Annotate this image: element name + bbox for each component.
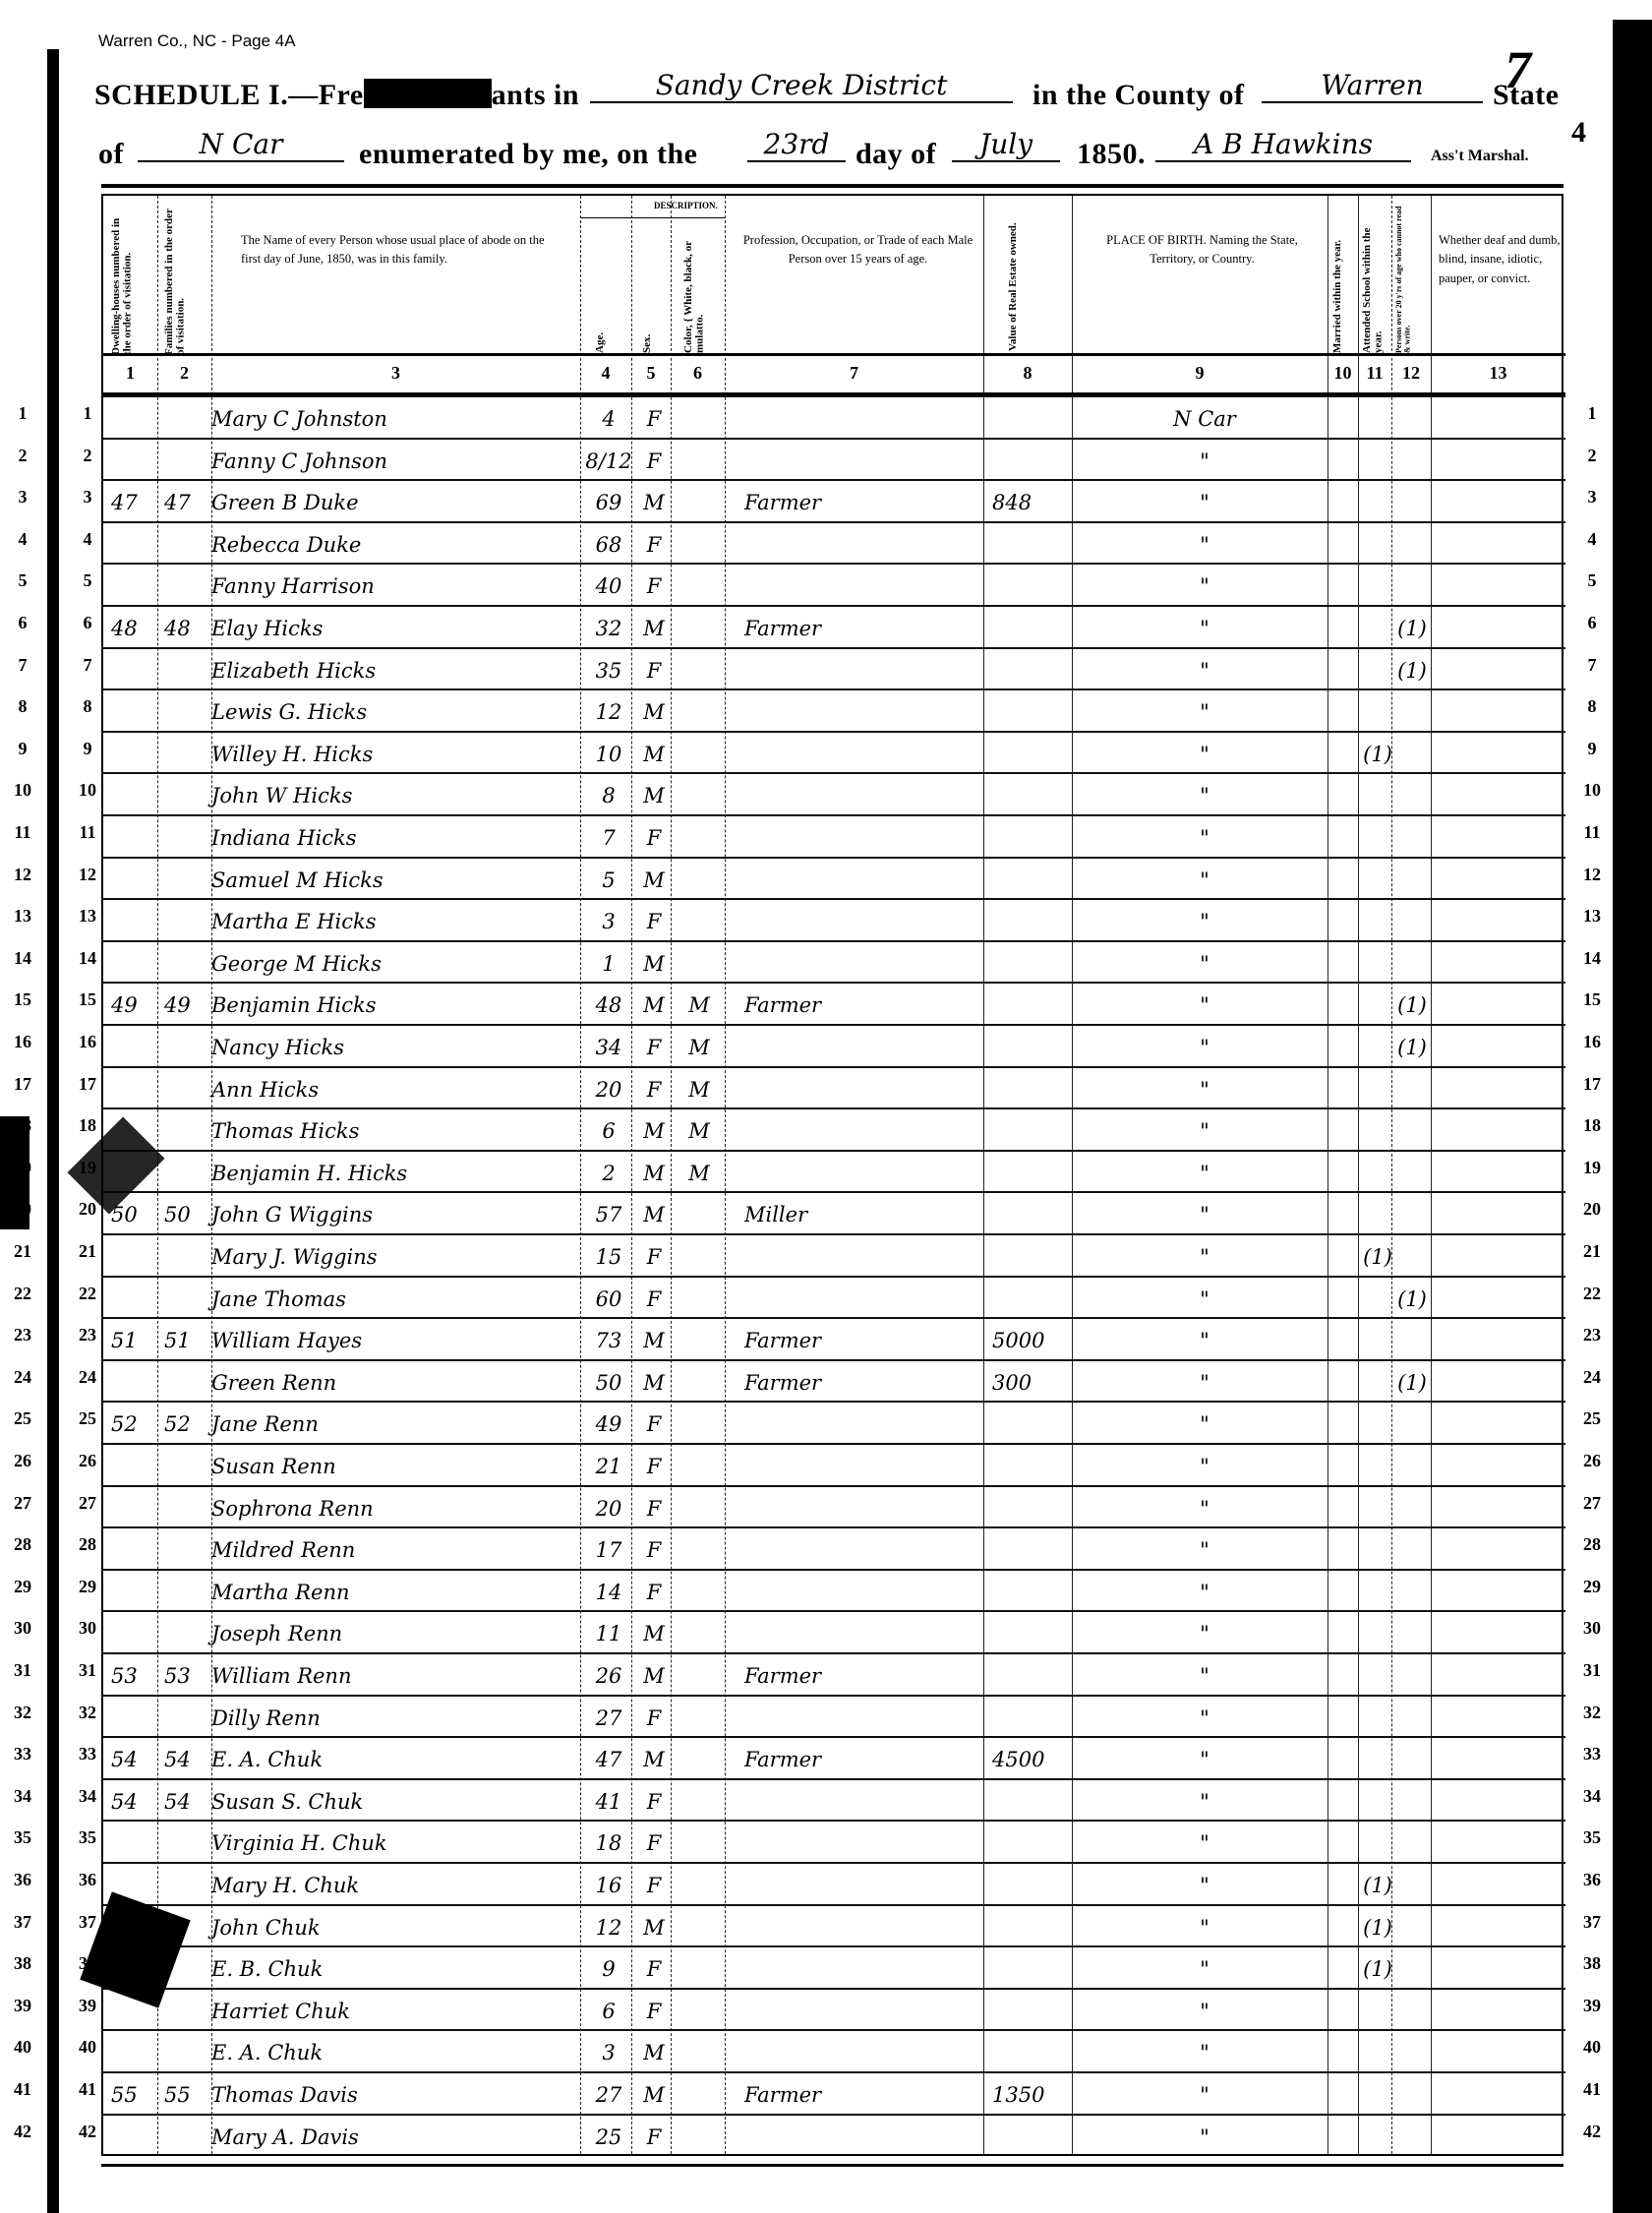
occupation-cell: Farmer <box>733 607 1000 646</box>
line-number-left-outer: 36 <box>8 1870 37 1890</box>
line-number-left-outer: 21 <box>8 1241 37 1262</box>
person-name-cell: Rebecca Duke <box>202 523 575 563</box>
birthplace-cell: " <box>1077 1738 1332 1777</box>
line-number-right: 37 <box>1577 1912 1607 1933</box>
birthplace-cell: N Car <box>1077 397 1332 437</box>
color-cell <box>674 942 725 982</box>
age-cell: 3 <box>585 900 632 939</box>
col-num-9: 9 <box>1072 363 1327 384</box>
col-num-10: 10 <box>1327 363 1358 384</box>
sex-cell: M <box>634 859 674 898</box>
person-name-cell: Mary A. Davis <box>202 2116 575 2155</box>
table-row: Dilly Renn27F" <box>103 1695 1565 1737</box>
occupation-cell <box>733 440 1000 479</box>
dwelling-number-cell <box>111 1571 160 1610</box>
attended-school-mark-cell <box>1362 1193 1393 1232</box>
age-cell: 49 <box>585 1403 632 1442</box>
table-row: Mildred Renn17F" <box>103 1526 1565 1569</box>
illiterate-mark-cell <box>1393 397 1431 437</box>
occupation-cell <box>733 1947 1000 1987</box>
illiterate-mark-cell: (1) <box>1393 1026 1431 1065</box>
color-cell <box>674 1445 725 1484</box>
person-name-cell: E. A. Chuk <box>202 2031 575 2070</box>
line-number-right: 21 <box>1577 1241 1607 1262</box>
occupation-cell <box>733 900 1000 939</box>
sex-cell: F <box>634 1235 674 1275</box>
color-cell <box>674 649 725 688</box>
sex-cell: M <box>634 1654 674 1694</box>
table-row: Fanny Harrison40F" <box>103 563 1565 605</box>
attended-school-mark-cell <box>1362 649 1393 688</box>
heading-rule <box>101 184 1563 188</box>
dwelling-number-cell: 54 <box>111 1738 160 1777</box>
occupation-cell <box>733 733 1000 772</box>
line-number-right: 17 <box>1577 1074 1607 1095</box>
age-cell: 8/12 <box>585 440 632 479</box>
sex-cell: F <box>634 1528 674 1568</box>
attended-school-mark-cell <box>1362 1068 1393 1107</box>
real-estate-value-cell <box>988 1654 1081 1694</box>
sex-cell: M <box>634 1152 674 1191</box>
person-name-cell: Fanny C Johnson <box>202 440 575 479</box>
sex-cell: M <box>634 607 674 646</box>
line-number-left-outer: 41 <box>8 2079 37 2100</box>
age-cell: 2 <box>585 1152 632 1191</box>
birthplace-cell: " <box>1077 1235 1332 1275</box>
table-row: 5454E. A. Chuk47MFarmer4500" <box>103 1736 1565 1778</box>
occupation-cell <box>733 649 1000 688</box>
line-number-left-inner: 41 <box>73 2079 102 2100</box>
line-number-left-outer: 29 <box>8 1577 37 1597</box>
birthplace-cell: " <box>1077 1278 1332 1317</box>
color-cell <box>674 733 725 772</box>
month-field: July <box>952 128 1060 162</box>
line-number-left-outer: 28 <box>8 1534 37 1555</box>
occupation-cell <box>733 1278 1000 1317</box>
line-number-right: 13 <box>1577 906 1607 927</box>
attended-school-mark-cell <box>1362 1026 1393 1065</box>
dwelling-number-cell <box>111 816 160 856</box>
color-cell <box>674 440 725 479</box>
real-estate-value-cell <box>988 1068 1081 1107</box>
sex-cell: M <box>634 1612 674 1651</box>
real-estate-value-cell <box>988 816 1081 856</box>
line-number-left-outer: 26 <box>8 1451 37 1471</box>
col-num-13: 13 <box>1431 363 1565 384</box>
line-number-left-inner: 9 <box>73 739 102 759</box>
occupation-cell: Farmer <box>733 2073 1000 2113</box>
line-number-right: 39 <box>1577 1996 1607 2016</box>
person-name-cell: George M Hicks <box>202 942 575 982</box>
age-cell: 3 <box>585 2031 632 2070</box>
person-name-cell: Elizabeth Hicks <box>202 649 575 688</box>
birthplace-cell: " <box>1077 1361 1332 1401</box>
color-cell <box>674 2116 725 2155</box>
color-cell <box>674 1738 725 1777</box>
occupation-cell <box>733 1445 1000 1484</box>
attended-school-mark-cell <box>1362 2116 1393 2155</box>
occupation-cell <box>733 565 1000 604</box>
line-number-right: 10 <box>1577 780 1607 801</box>
binding-edge <box>47 49 59 2213</box>
dwelling-number-cell <box>111 440 160 479</box>
person-name-cell: Joseph Renn <box>202 1612 575 1651</box>
sex-cell: M <box>634 774 674 813</box>
line-number-left-outer: 42 <box>8 2122 37 2142</box>
dwelling-number-cell <box>111 1026 160 1065</box>
col6-header: Color, { White, black, or mulatto. <box>683 225 723 353</box>
occupation-cell <box>733 942 1000 982</box>
real-estate-value-cell <box>988 1906 1081 1945</box>
county-field: Warren <box>1262 69 1483 103</box>
line-number-left-inner: 40 <box>73 2037 102 2058</box>
birthplace-cell: " <box>1077 1612 1332 1651</box>
table-row: 5454Susan S. Chuk41F" <box>103 1778 1565 1821</box>
line-number-left-inner: 33 <box>73 1744 102 1764</box>
table-row: Thomas Hicks6MM" <box>103 1107 1565 1150</box>
dwelling-number-cell: 55 <box>111 2073 160 2113</box>
person-name-cell: Ann Hicks <box>202 1068 575 1107</box>
table-row: 5555Thomas Davis27MFarmer1350" <box>103 2071 1565 2114</box>
line-number-left-outer: 5 <box>8 570 37 591</box>
table-row: Mary H. Chuk16F"(1) <box>103 1862 1565 1904</box>
person-name-cell: Harriet Chuk <box>202 1990 575 2029</box>
table-row: John Chuk12M"(1) <box>103 1904 1565 1946</box>
sex-cell: M <box>634 481 674 520</box>
birthplace-cell: " <box>1077 1697 1332 1736</box>
attended-school-mark-cell <box>1362 2073 1393 2113</box>
age-cell: 32 <box>585 607 632 646</box>
sex-cell: M <box>634 2031 674 2070</box>
illiterate-mark-cell <box>1393 1193 1431 1232</box>
page-caption: Warren Co., NC - Page 4A <box>98 31 296 51</box>
line-number-left-inner: 30 <box>73 1618 102 1639</box>
line-number-right: 14 <box>1577 948 1607 969</box>
age-cell: 41 <box>585 1780 632 1820</box>
occupation-cell <box>733 1822 1000 1861</box>
line-number-left-inner: 42 <box>73 2122 102 2142</box>
table-row: Elizabeth Hicks35F"(1) <box>103 647 1565 689</box>
birthplace-cell: " <box>1077 1109 1332 1149</box>
dwelling-number-cell: 48 <box>111 607 160 646</box>
occupation-cell: Farmer <box>733 984 1000 1023</box>
dwelling-number-cell: 52 <box>111 1403 160 1442</box>
ink-blot <box>1618 1279 1652 1377</box>
attended-school-mark-cell <box>1362 397 1393 437</box>
birthplace-cell: " <box>1077 1528 1332 1568</box>
line-number-left-outer: 6 <box>8 613 37 633</box>
line-number-left-outer: 16 <box>8 1032 37 1052</box>
birthplace-cell: " <box>1077 1654 1332 1694</box>
line-number-left-outer: 8 <box>8 696 37 717</box>
sex-cell: F <box>634 1571 674 1610</box>
attended-school-mark-cell: (1) <box>1362 1906 1393 1945</box>
attended-school-mark-cell <box>1362 1403 1393 1442</box>
table-row: Samuel M Hicks5M" <box>103 857 1565 899</box>
attended-school-mark-cell <box>1362 607 1393 646</box>
schedule-label: SCHEDULE I.—Fre <box>94 79 364 111</box>
attended-school-mark-cell <box>1362 1822 1393 1861</box>
line-number-right: 29 <box>1577 1577 1607 1597</box>
birthplace-cell: " <box>1077 733 1332 772</box>
line-number-left-inner: 31 <box>73 1660 102 1681</box>
attended-school-mark-cell <box>1362 2031 1393 2070</box>
occupation-cell <box>733 1990 1000 2029</box>
line-number-right: 23 <box>1577 1325 1607 1346</box>
color-cell <box>674 1487 725 1526</box>
table-row: Mary A. Davis25F" <box>103 2114 1565 2156</box>
illiterate-mark-cell <box>1393 1571 1431 1610</box>
age-cell: 12 <box>585 1906 632 1945</box>
line-number-left-inner: 34 <box>73 1786 102 1807</box>
dwelling-number-cell <box>111 565 160 604</box>
table-row: 4747Green B Duke69MFarmer848" <box>103 479 1565 521</box>
sex-cell: M <box>634 1109 674 1149</box>
sex-cell: M <box>634 942 674 982</box>
attended-school-mark-cell <box>1362 1528 1393 1568</box>
age-cell: 27 <box>585 1697 632 1736</box>
age-cell: 27 <box>585 2073 632 2113</box>
attended-school-mark-cell <box>1362 440 1393 479</box>
attended-school-mark-cell <box>1362 1278 1393 1317</box>
real-estate-value-cell <box>988 690 1081 730</box>
line-number-left-inner: 6 <box>73 613 102 633</box>
birthplace-cell: " <box>1077 607 1332 646</box>
line-number-left-inner: 23 <box>73 1325 102 1346</box>
birthplace-cell: " <box>1077 1947 1332 1987</box>
attended-school-mark-cell <box>1362 1361 1393 1401</box>
dwelling-number-cell <box>111 397 160 437</box>
age-cell: 17 <box>585 1528 632 1568</box>
age-cell: 73 <box>585 1319 632 1358</box>
line-number-left-inner: 16 <box>73 1032 102 1052</box>
age-cell: 4 <box>585 397 632 437</box>
color-cell: M <box>674 1152 725 1191</box>
person-name-cell: Fanny Harrison <box>202 565 575 604</box>
illiterate-mark-cell <box>1393 1528 1431 1568</box>
col12-header: Persons over 20 y'rs of age who cannot r… <box>1395 206 1429 353</box>
real-estate-value-cell <box>988 1193 1081 1232</box>
birthplace-cell: " <box>1077 2031 1332 2070</box>
col-num-1: 1 <box>103 363 157 384</box>
line-number-left-inner: 26 <box>73 1451 102 1471</box>
line-number-right: 32 <box>1577 1703 1607 1723</box>
line-number-left-inner: 5 <box>73 570 102 591</box>
illiterate-mark-cell: (1) <box>1393 607 1431 646</box>
real-estate-value-cell <box>988 984 1081 1023</box>
attended-school-mark-cell <box>1362 1319 1393 1358</box>
sex-cell: F <box>634 649 674 688</box>
line-number-right: 1 <box>1577 403 1607 424</box>
table-row: Sophrona Renn20F" <box>103 1485 1565 1527</box>
line-number-right: 40 <box>1577 2037 1607 2058</box>
age-cell: 16 <box>585 1864 632 1903</box>
sex-cell: F <box>634 1864 674 1903</box>
line-number-right: 7 <box>1577 655 1607 676</box>
line-number-left-inner: 10 <box>73 780 102 801</box>
col-num-4: 4 <box>580 363 631 384</box>
age-cell: 26 <box>585 1654 632 1694</box>
sex-cell: F <box>634 1697 674 1736</box>
age-cell: 60 <box>585 1278 632 1317</box>
line-number-left-inner: 4 <box>73 529 102 550</box>
color-cell <box>674 1193 725 1232</box>
line-number-left-inner: 17 <box>73 1074 102 1095</box>
color-cell <box>674 1571 725 1610</box>
attended-school-mark-cell <box>1362 984 1393 1023</box>
sex-cell: F <box>634 440 674 479</box>
real-estate-value-cell <box>988 774 1081 813</box>
real-estate-value-cell <box>988 1612 1081 1651</box>
sex-cell: F <box>634 1822 674 1861</box>
color-cell <box>674 1235 725 1275</box>
attended-school-mark-cell <box>1362 1654 1393 1694</box>
illiterate-mark-cell <box>1393 1235 1431 1275</box>
occupation-cell: Farmer <box>733 1654 1000 1694</box>
sex-cell: M <box>634 1319 674 1358</box>
table-row: 5252Jane Renn49F" <box>103 1401 1565 1443</box>
line-number-left-inner: 8 <box>73 696 102 717</box>
birthplace-cell: " <box>1077 440 1332 479</box>
table-row: Nancy Hicks34FM"(1) <box>103 1024 1565 1066</box>
occupation-cell <box>733 1906 1000 1945</box>
dwelling-number-cell <box>111 900 160 939</box>
color-cell <box>674 2073 725 2113</box>
occupation-cell <box>733 816 1000 856</box>
attended-school-mark-cell <box>1362 523 1393 563</box>
sex-cell: M <box>634 984 674 1023</box>
color-cell <box>674 1947 725 1987</box>
table-row: Benjamin H. Hicks2MM" <box>103 1150 1565 1192</box>
line-number-left-inner: 22 <box>73 1284 102 1304</box>
color-cell <box>674 397 725 437</box>
person-name-cell: Virginia H. Chuk <box>202 1822 575 1861</box>
attended-school-mark-cell <box>1362 1697 1393 1736</box>
color-cell <box>674 1403 725 1442</box>
person-name-cell: Martha E Hicks <box>202 900 575 939</box>
illiterate-mark-cell <box>1393 690 1431 730</box>
line-number-right: 31 <box>1577 1660 1607 1681</box>
occupation-cell <box>733 523 1000 563</box>
attended-school-mark-cell <box>1362 690 1393 730</box>
schedule-label-end: ants in <box>492 79 579 111</box>
birthplace-cell: " <box>1077 481 1332 520</box>
col5-header: Sex. <box>642 314 654 353</box>
marshal-label: Ass't Marshal. <box>1431 148 1529 165</box>
attended-school-mark-cell: (1) <box>1362 1864 1393 1903</box>
occupation-cell <box>733 2031 1000 2070</box>
table-row: Mary C Johnston4FN Car <box>103 395 1565 438</box>
age-cell: 18 <box>585 1822 632 1861</box>
age-cell: 10 <box>585 733 632 772</box>
occupation-cell: Farmer <box>733 1738 1000 1777</box>
real-estate-value-cell <box>988 523 1081 563</box>
age-cell: 68 <box>585 523 632 563</box>
enumerated-label: enumerated by me, on the <box>359 138 697 171</box>
illiterate-mark-cell <box>1393 1654 1431 1694</box>
real-estate-value-cell: 5000 <box>988 1319 1081 1358</box>
col2-header: Families numbered in the order of visita… <box>164 208 206 355</box>
line-number-right: 42 <box>1577 2122 1607 2142</box>
dwelling-number-cell <box>111 523 160 563</box>
color-cell: M <box>674 1068 725 1107</box>
sex-cell: M <box>634 1738 674 1777</box>
table-row: Rebecca Duke68F" <box>103 521 1565 564</box>
line-number-right: 34 <box>1577 1786 1607 1807</box>
color-cell <box>674 607 725 646</box>
person-name-cell: Willey H. Hicks <box>202 733 575 772</box>
col-num-11: 11 <box>1358 363 1391 384</box>
birthplace-cell: " <box>1077 2116 1332 2155</box>
sex-cell: F <box>634 2116 674 2155</box>
sex-cell: F <box>634 523 674 563</box>
person-name-cell: Elay Hicks <box>202 607 575 646</box>
attended-school-mark-cell <box>1362 481 1393 520</box>
real-estate-value-cell: 4500 <box>988 1738 1081 1777</box>
table-row: E. A. Chuk3M" <box>103 2029 1565 2071</box>
county-label: in the County of <box>1032 79 1245 112</box>
person-name-cell: William Hayes <box>202 1319 575 1358</box>
line-number-left-inner: 29 <box>73 1577 102 1597</box>
attended-school-mark-cell: (1) <box>1362 1947 1393 1987</box>
attended-school-mark-cell <box>1362 565 1393 604</box>
birthplace-cell: " <box>1077 816 1332 856</box>
line-number-left-outer: 37 <box>8 1912 37 1933</box>
birthplace-cell: " <box>1077 900 1332 939</box>
line-number-right: 19 <box>1577 1158 1607 1178</box>
table-row: Lewis G. Hicks12M" <box>103 688 1565 731</box>
footer-rule <box>101 2164 1563 2167</box>
illiterate-mark-cell <box>1393 1990 1431 2029</box>
line-number-right: 41 <box>1577 2079 1607 2100</box>
sex-cell: M <box>634 1361 674 1401</box>
line-number-right: 18 <box>1577 1115 1607 1136</box>
illiterate-mark-cell <box>1393 859 1431 898</box>
line-number-left-outer: 10 <box>8 780 37 801</box>
dwelling-number-cell: 49 <box>111 984 160 1023</box>
birthplace-cell: " <box>1077 1906 1332 1945</box>
age-cell: 14 <box>585 1571 632 1610</box>
real-estate-value-cell <box>988 2116 1081 2155</box>
age-cell: 48 <box>585 984 632 1023</box>
illiterate-mark-cell <box>1393 1822 1431 1861</box>
illiterate-mark-cell <box>1393 900 1431 939</box>
line-number-left-inner: 14 <box>73 948 102 969</box>
attended-school-mark-cell <box>1362 1152 1393 1191</box>
col3-header: The Name of every Person whose usual pla… <box>241 231 565 269</box>
line-number-left-outer: 9 <box>8 739 37 759</box>
person-name-cell: Indiana Hicks <box>202 816 575 856</box>
line-number-left-inner: 11 <box>73 822 102 843</box>
age-cell: 21 <box>585 1445 632 1484</box>
age-cell: 40 <box>585 565 632 604</box>
table-row: Martha E Hicks3F" <box>103 898 1565 940</box>
dwelling-number-cell <box>111 1697 160 1736</box>
attended-school-mark-cell <box>1362 1990 1393 2029</box>
line-number-left-outer: 27 <box>8 1493 37 1514</box>
line-number-left-outer: 15 <box>8 989 37 1010</box>
sex-cell: F <box>634 900 674 939</box>
line-number-left-inner: 3 <box>73 487 102 508</box>
person-name-cell: John W Hicks <box>202 774 575 813</box>
color-cell <box>674 1612 725 1651</box>
real-estate-value-cell <box>988 1780 1081 1820</box>
birthplace-cell: " <box>1077 984 1332 1023</box>
line-number-right: 11 <box>1577 822 1607 843</box>
illiterate-mark-cell <box>1393 481 1431 520</box>
color-cell <box>674 1654 725 1694</box>
col8-header: Value of Real Estate owned. <box>1008 213 1047 351</box>
